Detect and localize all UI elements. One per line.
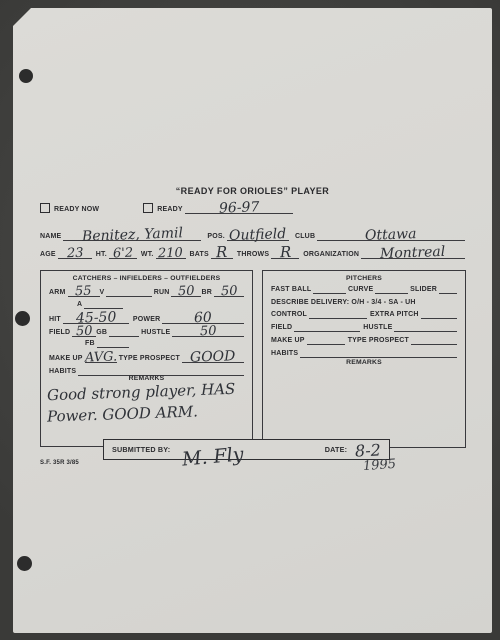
ready-now-checkbox (40, 203, 50, 213)
submitted-by-bar: SUBMITTED BY: M. Fly DATE: 8-2 (103, 439, 390, 460)
fastball-line (313, 281, 346, 294)
pitcher-field-row: FIELD HUSTLE (271, 319, 457, 332)
age-label: AGE (40, 251, 58, 259)
pitchers-box: PITCHERS FAST BALL CURVE SLIDER DESCRIBE… (262, 270, 466, 448)
pitcher-makeup-label: MAKE UP (271, 337, 307, 345)
a-line (84, 296, 123, 309)
pos-line: Outfield (227, 228, 289, 241)
weight-label: WT. (141, 251, 156, 259)
ready-row: READY NOW READY 96-97 (40, 200, 320, 214)
remarks-handwriting-line2: Power. GOOD ARM. (47, 402, 198, 425)
name-label: NAME (40, 233, 63, 241)
fb-line (97, 335, 129, 348)
type-prospect-label: TYPE PROSPECT (119, 355, 182, 363)
makeup-prospect-row: MAKE UP AVG. TYPE PROSPECT GOOD (49, 350, 244, 363)
ready-label: READY (157, 206, 185, 214)
makeup-label: MAKE UP (49, 355, 85, 363)
bats-value: R (216, 245, 228, 260)
organization-value: Montreal (380, 245, 446, 261)
fastball-label: FAST BALL (271, 286, 313, 294)
a-label: A (77, 301, 84, 309)
weight-line: 210 (156, 246, 186, 259)
throws-value: R (279, 245, 291, 260)
ready-now-label: READY NOW (54, 206, 101, 214)
position-players-header: CATCHERS – INFIELDERS – OUTFIELDERS (41, 275, 252, 282)
extra-pitch-line (421, 306, 457, 319)
pitcher-habits-line (300, 345, 457, 358)
bats-label: BATS (190, 251, 211, 259)
hole-punch-middle (15, 311, 30, 326)
control-label: CONTROL (271, 311, 309, 319)
hustle-line: 50 (172, 324, 244, 337)
year-handwriting: 1995 (363, 457, 397, 474)
hit-line: 45-50 (63, 311, 129, 324)
throws-label: THROWS (237, 251, 271, 259)
fb-row: FB (85, 337, 129, 348)
age-value: 23 (66, 247, 83, 261)
club-label: CLUB (295, 233, 317, 241)
scouting-report-sheet: “READY FOR ORIOLES” PLAYER READY NOW REA… (13, 8, 492, 633)
hit-label: HIT (49, 316, 63, 324)
br-label: BR (201, 289, 214, 297)
br-value: 50 (220, 285, 237, 299)
run-line: 50 (171, 284, 201, 297)
pitcher-hustle-line (394, 319, 457, 332)
hustle-value: 50 (200, 325, 217, 339)
pitcher-hustle-label: HUSTLE (363, 324, 394, 332)
field-label: FIELD (49, 329, 72, 337)
date-label: DATE: (325, 445, 349, 455)
ready-checkbox (143, 203, 153, 213)
height-label: HT. (96, 251, 109, 259)
hole-punch-bottom (17, 556, 32, 571)
power-line: 60 (162, 311, 244, 324)
club-value: Ottawa (365, 227, 417, 243)
ready-year-line: 96-97 (185, 201, 293, 214)
organization-label: ORGANIZATION (303, 251, 361, 259)
pitcher-field-label: FIELD (271, 324, 294, 332)
field-hustle-row: FIELD 50 GB HUSTLE 50 (49, 324, 244, 337)
pitcher-field-line (294, 319, 360, 332)
slider-label: SLIDER (410, 286, 439, 294)
arm-label: ARM (49, 289, 68, 297)
submitted-by-label: SUBMITTED BY: (112, 445, 172, 455)
control-line (309, 306, 367, 319)
pitcher-habits-label: HABITS (271, 350, 300, 358)
height-value: 6'2 (113, 247, 134, 261)
form-title: “READY FOR ORIOLES” PLAYER (40, 186, 465, 196)
arm-run-row: ARM 55 V RUN 50 BR 50 (49, 284, 244, 297)
pitcher-prospect-line (411, 332, 457, 345)
br-line: 50 (214, 284, 244, 297)
extra-pitch-label: EXTRA PITCH (370, 311, 421, 319)
club-line: Ottawa (317, 228, 465, 241)
fb-label: FB (85, 340, 97, 348)
type-prospect-line: GOOD (182, 350, 244, 363)
submitted-by-signature: M. Fly (182, 443, 245, 470)
fastball-row: FAST BALL CURVE SLIDER (271, 281, 457, 294)
height-line: 6'2 (109, 246, 137, 259)
run-label: RUN (154, 289, 172, 297)
bio-row: AGE 23 HT. 6'2 WT. 210 BATS R THROWS R O… (40, 245, 465, 259)
field-line: 50 (72, 324, 96, 337)
throws-line: R (271, 246, 299, 259)
slider-line (439, 281, 457, 294)
makeup-line: AVG. (85, 350, 117, 363)
pitcher-habits-row: HABITS (271, 345, 457, 358)
curve-line (375, 281, 408, 294)
age-line: 23 (58, 246, 92, 259)
form-number: S.F. 35R 3/85 (40, 460, 79, 466)
pitcher-prospect-label: TYPE PROSPECT (348, 337, 411, 345)
run-value: 50 (178, 285, 195, 299)
hustle-label: HUSTLE (141, 329, 172, 337)
hole-punch-top (19, 69, 33, 83)
pitcher-makeup-row: MAKE UP TYPE PROSPECT (271, 332, 457, 345)
pitcher-remarks-header: REMARKS (263, 359, 465, 366)
ready-year-value: 96-97 (218, 200, 259, 215)
name-value: Benitez, Yamil (82, 226, 183, 244)
a-row: A (77, 298, 123, 309)
bats-line: R (211, 246, 233, 259)
name-row: NAME Benitez, Yamil POS. Outfield CLUB O… (40, 227, 465, 241)
name-line: Benitez, Yamil (63, 228, 201, 241)
position-players-box: CATCHERS – INFIELDERS – OUTFIELDERS ARM … (40, 270, 253, 447)
pitcher-makeup-line (307, 332, 345, 345)
control-row: CONTROL EXTRA PITCH (271, 306, 457, 319)
pos-label: POS. (207, 233, 227, 241)
hit-power-row: HIT 45-50 POWER 60 (49, 311, 244, 324)
photo-background: “READY FOR ORIOLES” PLAYER READY NOW REA… (0, 0, 500, 640)
curve-label: CURVE (348, 286, 375, 294)
pos-value: Outfield (229, 227, 287, 243)
power-label: POWER (133, 316, 162, 324)
remarks-handwriting-line1: Good strong player, HAS (47, 380, 236, 405)
organization-line: Montreal (361, 246, 465, 259)
weight-value: 210 (158, 247, 183, 261)
